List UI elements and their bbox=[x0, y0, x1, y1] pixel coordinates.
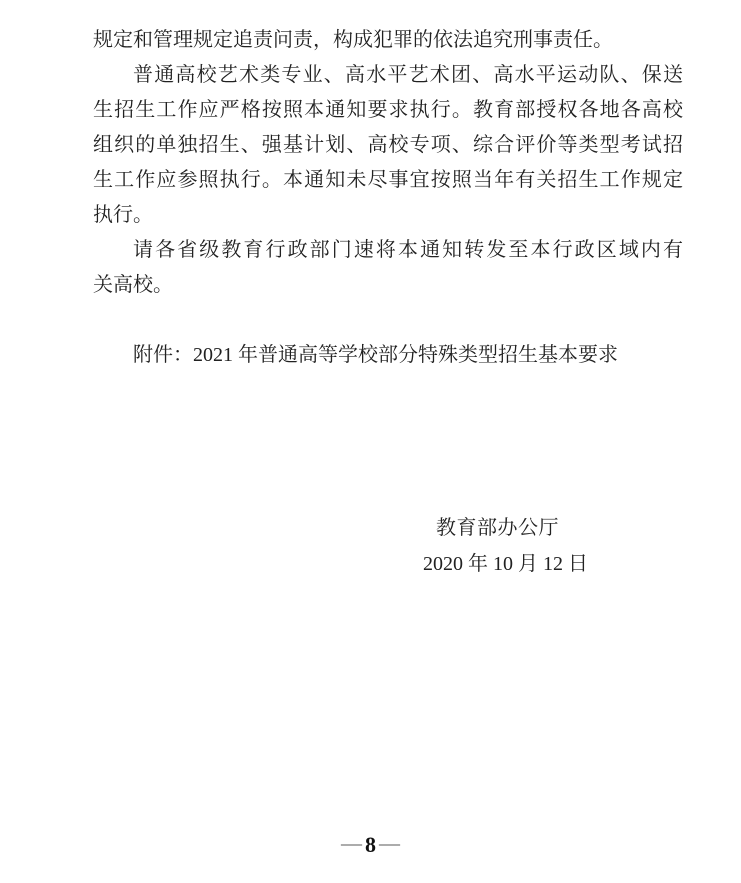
body-line-1: 规定和管理规定追责问责，构成犯罪的依法追究刑事责任。 bbox=[93, 23, 683, 58]
body-line-7: 请各省级教育行政部门速将本通知转发至本行政区域内有 bbox=[93, 233, 683, 268]
attachment-line: 附件：2021 年普通高等学校部分特殊类型招生基本要求 bbox=[93, 338, 683, 373]
page-number: 8 bbox=[365, 832, 376, 857]
body-line-4: 组织的单独招生、强基计划、高校专项、综合评价等类型考试招 bbox=[93, 128, 683, 163]
document-page: 规定和管理规定追责问责，构成犯罪的依法追究刑事责任。 普通高校艺术类专业、高水平… bbox=[0, 0, 741, 883]
signature-issuer: 教育部办公厅 bbox=[436, 518, 559, 538]
page-footer: —8— bbox=[0, 833, 741, 857]
blank-line bbox=[93, 303, 683, 338]
signature-date: 2020 年 10 月 12 日 bbox=[423, 554, 588, 574]
body-line-8: 关高校。 bbox=[93, 268, 683, 303]
body-line-2: 普通高校艺术类专业、高水平艺术团、高水平运动队、保送 bbox=[93, 58, 683, 93]
body-line-3: 生招生工作应严格按照本通知要求执行。教育部授权各地各高校 bbox=[93, 93, 683, 128]
footer-dash-right: — bbox=[379, 831, 400, 855]
document-body: 规定和管理规定追责问责，构成犯罪的依法追究刑事责任。 普通高校艺术类专业、高水平… bbox=[93, 23, 683, 373]
body-line-6: 执行。 bbox=[93, 198, 683, 233]
footer-dash-left: — bbox=[341, 831, 362, 855]
body-line-5: 生工作应参照执行。本通知未尽事宜按照当年有关招生工作规定 bbox=[93, 163, 683, 198]
